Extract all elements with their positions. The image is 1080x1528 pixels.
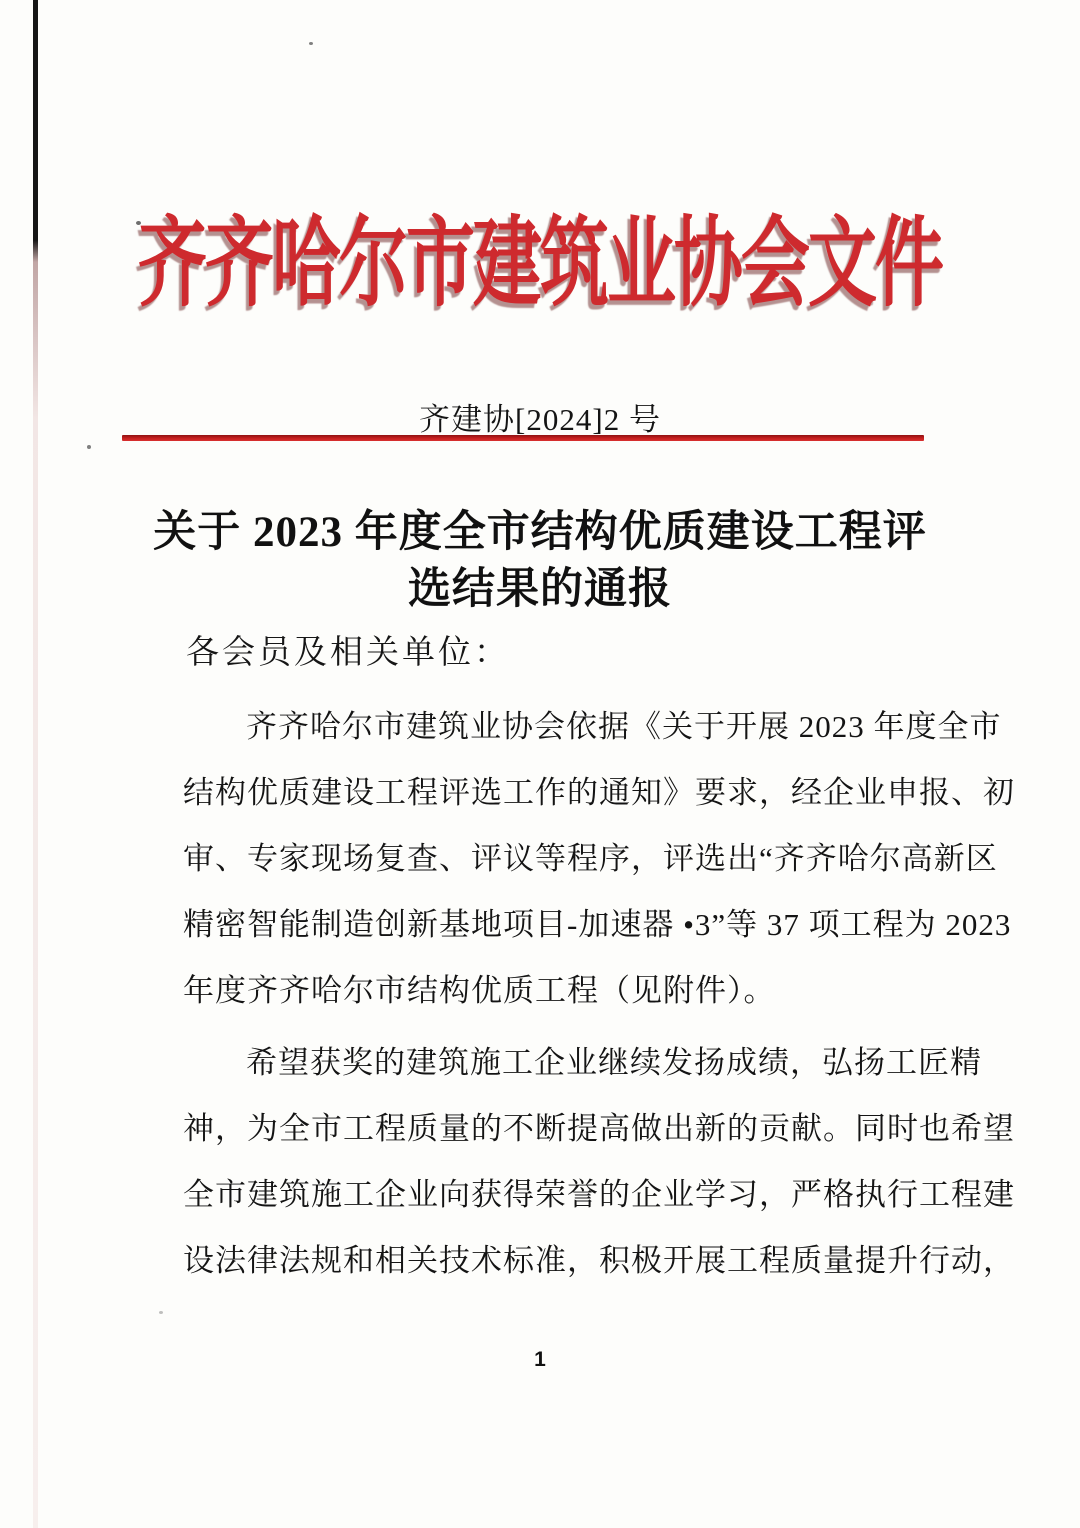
body-line: 设法律法规和相关技术标准，积极开展工程质量提升行动， xyxy=(183,1228,901,1294)
body-line: 神，为全市工程质量的不断提高做出新的贡献。同时也希望 xyxy=(183,1096,901,1162)
scan-speck xyxy=(87,445,91,449)
body-line: 年度齐齐哈尔市结构优质工程（见附件）。 xyxy=(183,958,901,1024)
salutation: 各会员及相关单位： xyxy=(186,626,510,673)
document-body: 齐齐哈尔市建筑业协会依据《关于开展 2023 年度全市 结构优质建设工程评选工作… xyxy=(183,694,901,1294)
page-number: 1 xyxy=(0,1348,1080,1372)
body-line: 齐齐哈尔市建筑业协会依据《关于开展 2023 年度全市 xyxy=(183,694,901,760)
document-title: 关于 2023 年度全市结构优质建设工程评 选结果的通报 xyxy=(0,504,1080,618)
scan-speck xyxy=(159,1311,163,1314)
scan-speck xyxy=(309,42,313,45)
body-line: 精密智能制造创新基地项目-加速器 •3”等 37 项工程为 2023 xyxy=(183,892,901,958)
document-title-line2: 选结果的通报 xyxy=(0,561,1080,618)
body-line: 审、专家现场复查、评议等程序，评选出“齐齐哈尔高新区 xyxy=(183,826,901,892)
document-title-line1: 关于 2023 年度全市结构优质建设工程评 xyxy=(0,504,1080,561)
document-number: 齐建协[2024]2 号 xyxy=(0,394,1080,439)
document-page: 齐齐哈尔市建筑业协会文件 齐建协[2024]2 号 关于 2023 年度全市结构… xyxy=(0,0,1080,1528)
body-line: 结构优质建设工程评选工作的通知》要求，经企业申报、初 xyxy=(183,760,901,826)
body-line: 全市建筑施工企业向获得荣誉的企业学习，严格执行工程建 xyxy=(183,1162,901,1228)
letterhead-red-rule xyxy=(122,435,924,441)
body-line: 希望获奖的建筑施工企业继续发扬成绩，弘扬工匠精 xyxy=(183,1030,901,1096)
letterhead-org-title: 齐齐哈尔市建筑业协会文件 xyxy=(0,157,1080,350)
